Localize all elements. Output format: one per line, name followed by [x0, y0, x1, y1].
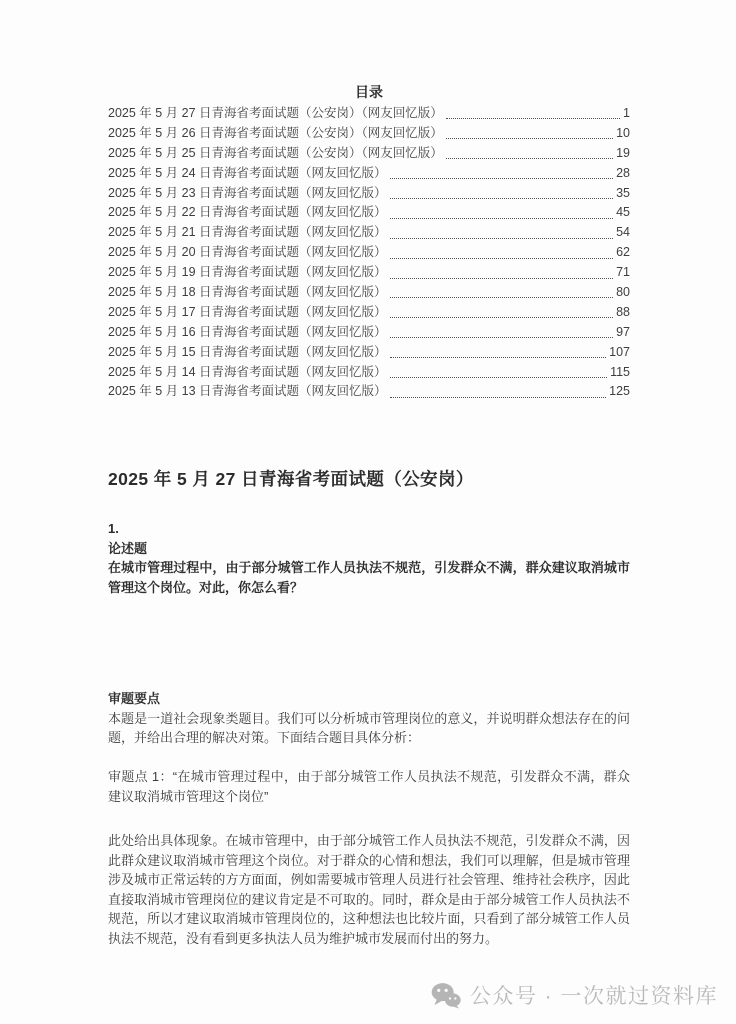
toc-dot-leader [390, 263, 614, 278]
toc-item[interactable]: 2025 年 5 月 14 日青海省考面试题（网友回忆版） 115 [108, 363, 630, 383]
toc-item-page: 28 [616, 164, 630, 184]
toc-item-page: 97 [616, 323, 630, 343]
toc-dot-leader [446, 144, 613, 159]
toc-item-page: 54 [616, 223, 630, 243]
question-block: 1. 论述题 在城市管理过程中，由于部分城管工作人员执法不规范，引发群众不满，群… [108, 519, 630, 597]
toc-item[interactable]: 2025 年 5 月 21 日青海省考面试题（网友回忆版） 54 [108, 223, 630, 243]
analysis-block: 审题要点 本题是一道社会现象类题目。我们可以分析城市管理岗位的意义，并说明群众想… [108, 689, 630, 948]
toc-dot-leader [390, 363, 608, 378]
toc-item-page: 125 [609, 382, 630, 402]
toc-item-label: 2025 年 5 月 24 日青海省考面试题（网友回忆版） [108, 164, 387, 184]
toc-item-page: 88 [616, 303, 630, 323]
toc-item-page: 107 [609, 343, 630, 363]
toc-item-label: 2025 年 5 月 26 日青海省考面试题（公安岗）（网友回忆版） [108, 124, 443, 144]
toc-dot-leader [390, 243, 614, 258]
toc-item-label: 2025 年 5 月 14 日青海省考面试题（网友回忆版） [108, 363, 387, 383]
toc-item-page: 62 [616, 243, 630, 263]
toc-item-page: 35 [616, 184, 630, 204]
toc-item-label: 2025 年 5 月 19 日青海省考面试题（网友回忆版） [108, 263, 387, 283]
toc-item-page: 19 [616, 144, 630, 164]
toc-title: 目录 [108, 83, 630, 102]
document-page: 目录 2025 年 5 月 27 日青海省考面试题（公安岗）（网友回忆版） 1 … [108, 0, 630, 948]
toc-item[interactable]: 2025 年 5 月 13 日青海省考面试题（网友回忆版） 125 [108, 382, 630, 402]
toc-item-label: 2025 年 5 月 25 日青海省考面试题（公安岗）（网友回忆版） [108, 144, 443, 164]
toc-dot-leader [390, 184, 614, 199]
toc-item-page: 71 [616, 263, 630, 283]
toc-item[interactable]: 2025 年 5 月 18 日青海省考面试题（网友回忆版） 80 [108, 283, 630, 303]
toc-item[interactable]: 2025 年 5 月 26 日青海省考面试题（公安岗）（网友回忆版） 10 [108, 124, 630, 144]
toc-item-page: 1 [623, 104, 630, 124]
toc-item-label: 2025 年 5 月 21 日青海省考面试题（网友回忆版） [108, 223, 387, 243]
watermark-text: 公众号 · 一次就过资料库 [470, 980, 718, 1010]
toc-dot-leader [390, 382, 607, 397]
toc-item-page: 45 [616, 203, 630, 223]
toc-item-label: 2025 年 5 月 20 日青海省考面试题（网友回忆版） [108, 243, 387, 263]
toc-item-label: 2025 年 5 月 22 日青海省考面试题（网友回忆版） [108, 203, 387, 223]
toc-item[interactable]: 2025 年 5 月 24 日青海省考面试题（网友回忆版） 28 [108, 164, 630, 184]
analysis-intro: 本题是一道社会现象类题目。我们可以分析城市管理岗位的意义，并说明群众想法存在的问… [108, 709, 630, 748]
toc-dot-leader [390, 283, 614, 298]
analysis-heading: 审题要点 [108, 689, 630, 709]
toc-item-page: 80 [616, 283, 630, 303]
question-text: 在城市管理过程中，由于部分城管工作人员执法不规范，引发群众不满，群众建议取消城市… [108, 558, 630, 597]
toc-item[interactable]: 2025 年 5 月 16 日青海省考面试题（网友回忆版） 97 [108, 323, 630, 343]
toc-item[interactable]: 2025 年 5 月 27 日青海省考面试题（公安岗）（网友回忆版） 1 [108, 104, 630, 124]
toc-item[interactable]: 2025 年 5 月 19 日青海省考面试题（网友回忆版） 71 [108, 263, 630, 283]
toc-item-page: 115 [610, 363, 630, 383]
table-of-contents: 目录 2025 年 5 月 27 日青海省考面试题（公安岗）（网友回忆版） 1 … [108, 83, 630, 402]
toc-item-label: 2025 年 5 月 16 日青海省考面试题（网友回忆版） [108, 323, 387, 343]
toc-item-label: 2025 年 5 月 27 日青海省考面试题（公安岗）（网友回忆版） [108, 104, 443, 124]
analysis-detail: 此处给出具体现象。在城市管理中，由于部分城管工作人员执法不规范，引发群众不满，因… [108, 831, 630, 948]
toc-item-label: 2025 年 5 月 18 日青海省考面试题（网友回忆版） [108, 283, 387, 303]
toc-dot-leader [390, 323, 614, 338]
toc-item-label: 2025 年 5 月 13 日青海省考面试题（网友回忆版） [108, 382, 387, 402]
toc-item-label: 2025 年 5 月 17 日青海省考面试题（网友回忆版） [108, 303, 387, 323]
analysis-point-1: 审题点 1：“在城市管理过程中，由于部分城管工作人员执法不规范，引发群众不满，群… [108, 767, 630, 806]
toc-dot-leader [390, 303, 614, 318]
question-type: 论述题 [108, 539, 630, 559]
question-number: 1. [108, 519, 630, 539]
toc-dot-leader [446, 124, 613, 139]
toc-dot-leader [446, 104, 620, 119]
toc-item[interactable]: 2025 年 5 月 25 日青海省考面试题（公安岗）（网友回忆版） 19 [108, 144, 630, 164]
toc-list: 2025 年 5 月 27 日青海省考面试题（公安岗）（网友回忆版） 1 202… [108, 104, 630, 402]
toc-dot-leader [390, 203, 614, 218]
toc-dot-leader [390, 164, 614, 179]
watermark: 公众号 · 一次就过资料库 [431, 980, 718, 1010]
toc-dot-leader [390, 223, 614, 238]
toc-item[interactable]: 2025 年 5 月 15 日青海省考面试题（网友回忆版） 107 [108, 343, 630, 363]
toc-item-label: 2025 年 5 月 23 日青海省考面试题（网友回忆版） [108, 184, 387, 204]
toc-item-label: 2025 年 5 月 15 日青海省考面试题（网友回忆版） [108, 343, 387, 363]
toc-item[interactable]: 2025 年 5 月 22 日青海省考面试题（网友回忆版） 45 [108, 203, 630, 223]
wechat-icon [431, 982, 461, 1009]
section-title: 2025 年 5 月 27 日青海省考面试题（公安岗） [108, 466, 630, 491]
toc-item[interactable]: 2025 年 5 月 17 日青海省考面试题（网友回忆版） 88 [108, 303, 630, 323]
toc-dot-leader [390, 343, 607, 358]
toc-item[interactable]: 2025 年 5 月 20 日青海省考面试题（网友回忆版） 62 [108, 243, 630, 263]
toc-item[interactable]: 2025 年 5 月 23 日青海省考面试题（网友回忆版） 35 [108, 184, 630, 204]
toc-item-page: 10 [616, 124, 630, 144]
